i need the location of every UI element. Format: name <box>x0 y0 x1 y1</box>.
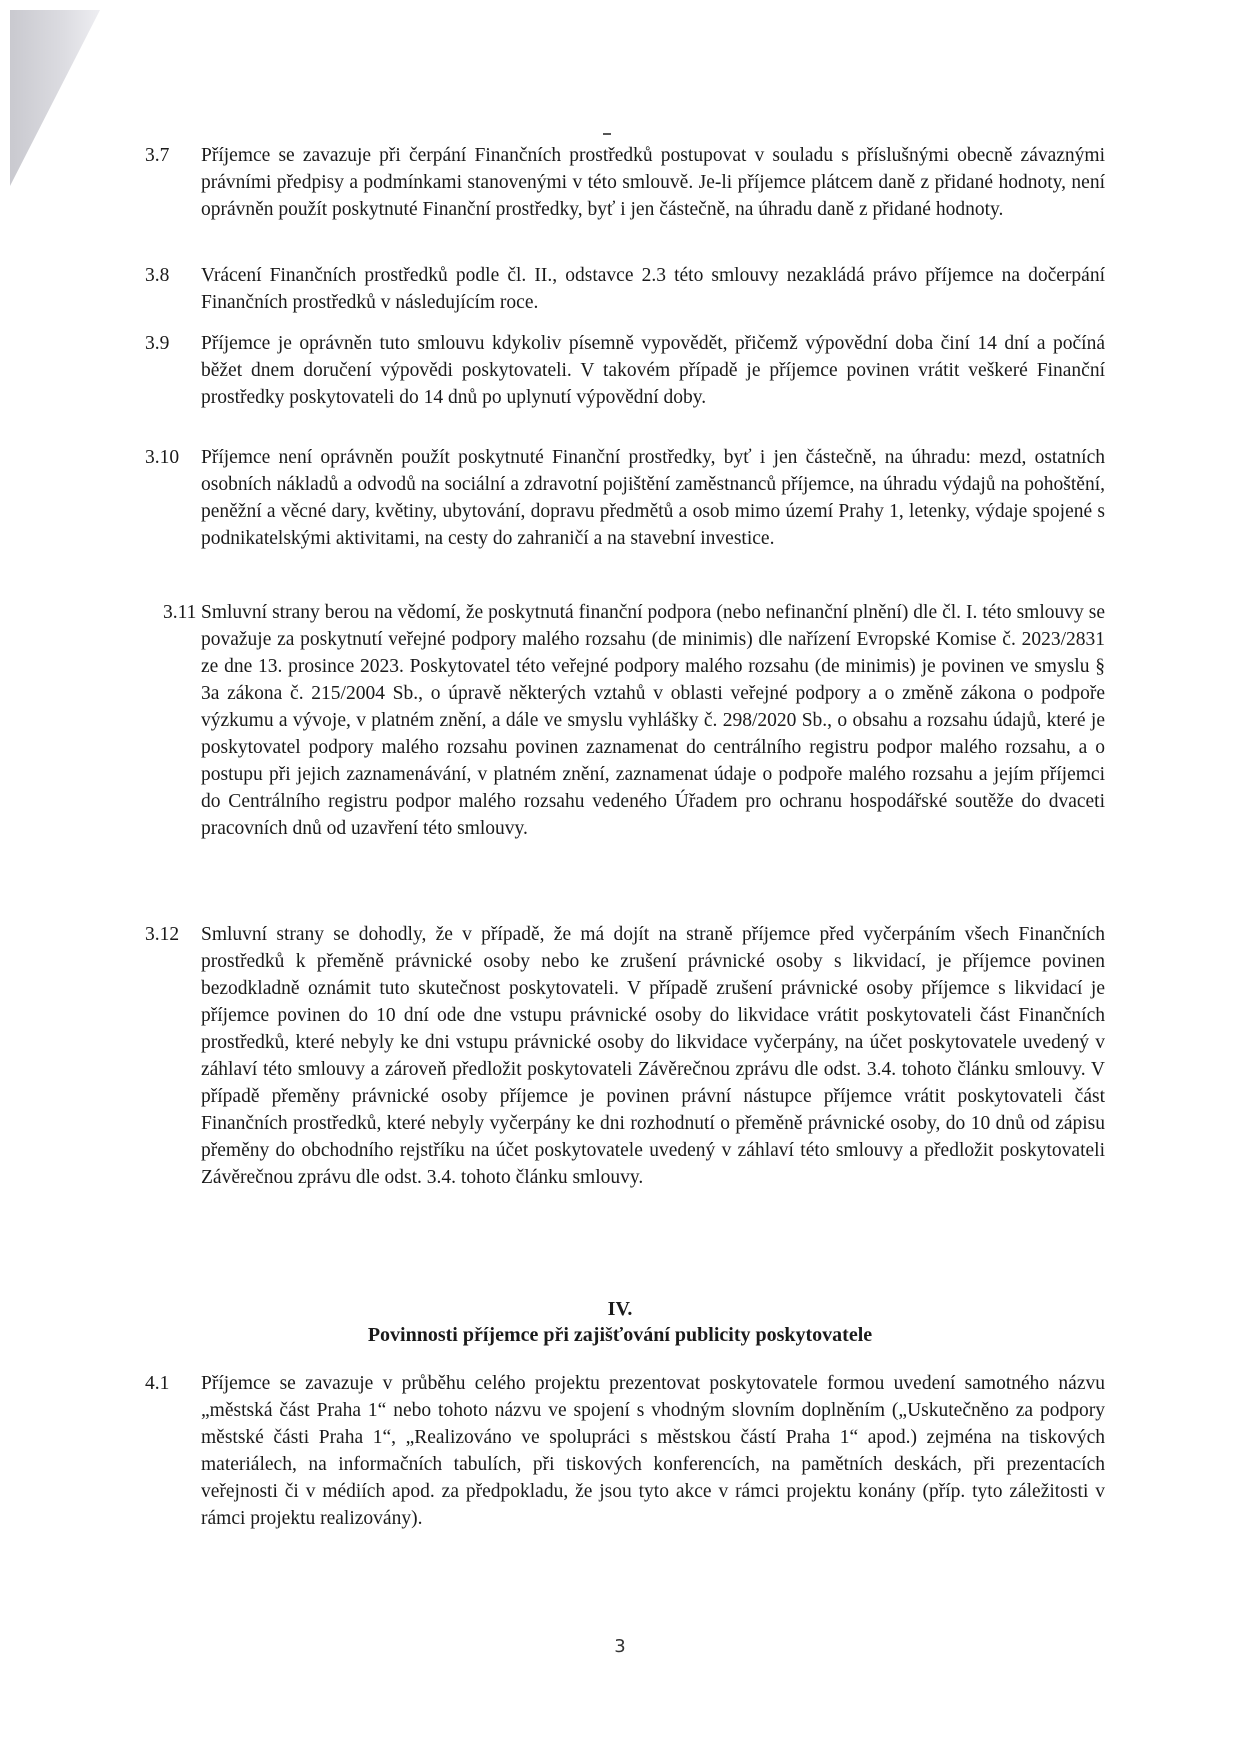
section-number: 3.8 <box>145 262 169 289</box>
article-numeral: IV. <box>0 1296 1240 1323</box>
section-3-8: 3.8 Vrácení Finančních prostředků podle … <box>145 262 1105 316</box>
section-text: Příjemce není oprávněn použít poskytnuté… <box>201 444 1105 552</box>
scan-artifact <box>603 133 611 135</box>
section-text: Vrácení Finančních prostředků podle čl. … <box>201 262 1105 316</box>
section-3-7: 3.7 Příjemce se zavazuje při čerpání Fin… <box>145 142 1105 223</box>
section-number: 3.12 <box>145 921 179 948</box>
page-number: 3 <box>0 1636 1240 1657</box>
page-fold-corner <box>10 8 105 188</box>
section-text: Smluvní strany se dohodly, že v případě,… <box>201 921 1105 1191</box>
section-number: 3.10 <box>145 444 179 471</box>
section-text: Příjemce se zavazuje při čerpání Finančn… <box>201 142 1105 223</box>
section-3-9: 3.9 Příjemce je oprávněn tuto smlouvu kd… <box>145 330 1105 411</box>
section-text: Smluvní strany berou na vědomí, že posky… <box>201 599 1105 842</box>
section-number: 3.7 <box>145 142 169 169</box>
section-text: Příjemce se zavazuje v průběhu celého pr… <box>201 1370 1105 1532</box>
section-3-12: 3.12 Smluvní strany se dohodly, že v pří… <box>145 921 1105 1191</box>
section-text: Příjemce je oprávněn tuto smlouvu kdykol… <box>201 330 1105 411</box>
section-number: 4.1 <box>145 1370 169 1397</box>
article-title: Povinnosti příjemce při zajišťování publ… <box>0 1322 1240 1349</box>
section-number: 3.9 <box>145 330 169 357</box>
section-4-1: 4.1 Příjemce se zavazuje v průběhu celéh… <box>145 1370 1105 1532</box>
section-number: 3.11 <box>163 599 196 626</box>
section-3-11: 3.11 Smluvní strany berou na vědomí, že … <box>163 599 1105 842</box>
section-3-10: 3.10 Příjemce není oprávněn použít posky… <box>145 444 1105 552</box>
